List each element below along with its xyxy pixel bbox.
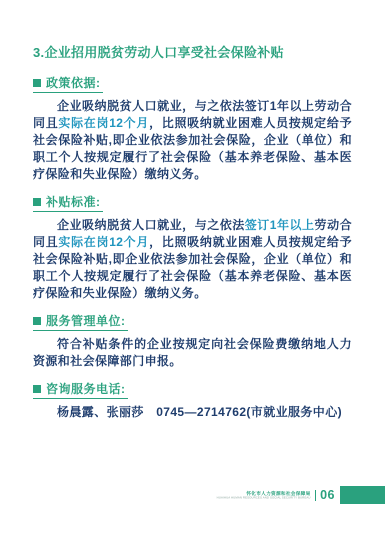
section-heading-row: 服务管理单位: — [33, 312, 352, 331]
subsidy-standard-paragraph: 企业吸纳脱贫人口就业，与之依法签订1年以上劳动合同且实际在岗12个月，比照吸纳就… — [33, 217, 352, 302]
section-policy-basis: 政策依据: 企业吸纳脱贫人口就业，与之依法签订1年以上劳动合同且实际在岗12个月… — [33, 74, 352, 183]
section-heading: 政策依据: — [33, 77, 103, 93]
section-heading-label: 咨询服务电话: — [46, 383, 126, 395]
service-unit-paragraph: 符合补贴条件的企业按规定向社会保险费缴纳地人力资源和社会保障部门申报。 — [33, 336, 352, 370]
page-number: 06 — [320, 488, 335, 502]
section-service-unit: 服务管理单位: 符合补贴条件的企业按规定向社会保险费缴纳地人力资源和社会保障部门… — [33, 312, 352, 370]
footer-org: 怀化市人力资源和社会保障局 HUAIHUA HUMAN RESOURCES AN… — [216, 491, 310, 500]
footer-org-name-cn: 怀化市人力资源和社会保障局 — [216, 491, 310, 496]
section-heading: 补贴标准: — [33, 196, 103, 212]
square-bullet-icon — [33, 385, 41, 393]
section-heading: 咨询服务电话: — [33, 383, 128, 399]
section-heading: 服务管理单位: — [33, 315, 128, 331]
footer-org-name-en: HUAIHUA HUMAN RESOURCES AND SOCIAL SECUR… — [216, 496, 310, 499]
footer-divider — [315, 490, 316, 501]
square-bullet-icon — [33, 198, 41, 206]
section-subsidy-standard: 补贴标准: 企业吸纳脱贫人口就业，与之依法签订1年以上劳动合同且实际在岗12个月… — [33, 193, 352, 302]
section-heading-row: 政策依据: — [33, 74, 352, 93]
page-title: 3.企业招用脱贫劳动人口享受社会保险补贴 — [33, 45, 352, 61]
section-heading-label: 服务管理单位: — [46, 315, 126, 327]
section-heading-label: 政策依据: — [46, 77, 101, 89]
policy-basis-paragraph: 企业吸纳脱贫人口就业，与之依法签订1年以上劳动合同且实际在岗12个月，比照吸纳就… — [33, 98, 352, 183]
section-heading-label: 补贴标准: — [46, 196, 101, 208]
section-consult-phone: 咨询服务电话: 杨晨露、张丽莎 0745—2714762(市就业服务中心) — [33, 380, 352, 421]
square-bullet-icon — [33, 79, 41, 87]
section-heading-row: 咨询服务电话: — [33, 380, 352, 399]
consult-phone-paragraph: 杨晨露、张丽莎 0745—2714762(市就业服务中心) — [33, 404, 352, 421]
section-heading-row: 补贴标准: — [33, 193, 352, 212]
document-page: 3.企业招用脱贫劳动人口享受社会保险补贴 政策依据: 企业吸纳脱贫人口就业，与之… — [0, 0, 385, 544]
page-footer: 怀化市人力资源和社会保障局 HUAIHUA HUMAN RESOURCES AN… — [130, 486, 385, 504]
footer-accent-bar — [340, 486, 385, 504]
square-bullet-icon — [33, 317, 41, 325]
page-content: 3.企业招用脱贫劳动人口享受社会保险补贴 政策依据: 企业吸纳脱贫人口就业，与之… — [0, 0, 385, 421]
